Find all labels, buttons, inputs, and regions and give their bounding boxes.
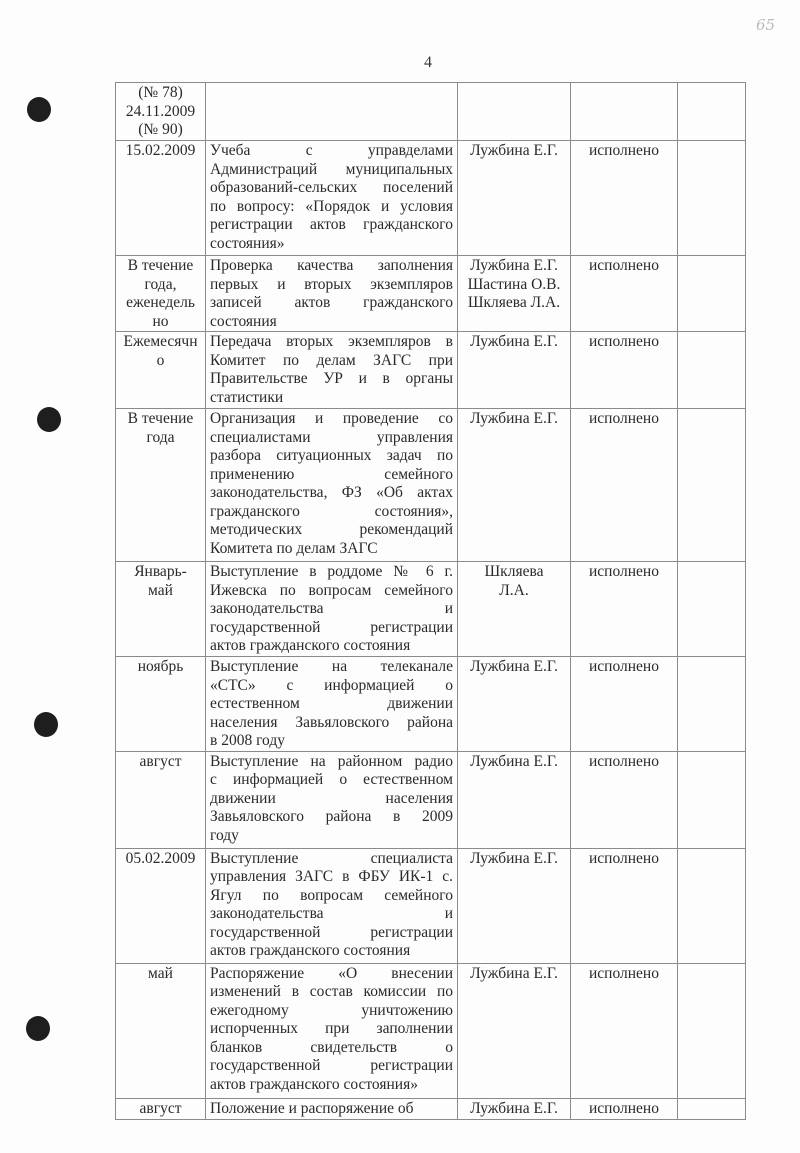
description-cell-line: состояния»	[210, 235, 453, 254]
activity-table: (№ 78)24.11.2009(№ 90)15.02.2009Учеба с …	[115, 82, 746, 1120]
responsible-cell: Лужбина Е.Г.	[458, 963, 571, 1098]
status-cell: исполнено	[571, 562, 678, 657]
description-cell-line: Выступление специалиста	[210, 850, 453, 869]
date-cell: 15.02.2009	[116, 141, 206, 256]
status-cell-line: исполнено	[575, 850, 673, 869]
table-row: В течениегодаОрганизация и проведение со…	[116, 409, 746, 562]
status-cell-line: исполнено	[575, 333, 673, 352]
responsible-cell: ШкляеваЛ.А.	[458, 562, 571, 657]
description-cell: Распоряжение «О внесенииизменений в сост…	[206, 963, 458, 1098]
responsible-cell-line: Шкляева	[462, 563, 566, 582]
table-row: ноябрьВыступление на телеканале«СТС» с и…	[116, 657, 746, 752]
description-cell-line: государственной регистрации	[210, 924, 453, 943]
date-cell: В течениегода	[116, 409, 206, 562]
description-cell-line: записей актов гражданского	[210, 294, 453, 313]
description-cell-line: Комитета по делам ЗАГС	[210, 540, 453, 559]
punch-hole-icon	[34, 712, 58, 737]
punch-hole-icon	[27, 97, 51, 122]
description-cell-line: применению семейного	[210, 466, 453, 485]
table-row: В течениегода,еженедельноПроверка качест…	[116, 256, 746, 332]
description-cell-line: бланков свидетельств о	[210, 1039, 453, 1058]
date-cell: август	[116, 751, 206, 848]
description-cell-line: актов гражданского состояния»	[210, 1076, 453, 1095]
status-cell-line: исполнено	[575, 410, 673, 429]
responsible-cell-line: Лужбина Е.Г.	[462, 1100, 566, 1119]
description-cell	[206, 83, 458, 141]
description-cell-line: естественном движении	[210, 695, 453, 714]
responsible-cell: Лужбина Е.Г.	[458, 1098, 571, 1119]
responsible-cell-line: Л.А.	[462, 582, 566, 601]
date-cell-line: август	[120, 753, 201, 772]
date-cell-line: май	[120, 965, 201, 984]
status-cell: исполнено	[571, 963, 678, 1098]
status-cell: исполнено	[571, 141, 678, 256]
description-cell-line: актов гражданского состояния	[210, 942, 453, 961]
date-cell-line: 24.11.2009	[120, 103, 201, 122]
responsible-cell-line: Лужбина Е.Г.	[462, 965, 566, 984]
date-cell-line: 05.02.2009	[120, 850, 201, 869]
responsible-cell-line: Лужбина Е.Г.	[462, 257, 566, 276]
date-cell: Январь-май	[116, 562, 206, 657]
responsible-cell: Лужбина Е.Г.	[458, 141, 571, 256]
status-cell-line: исполнено	[575, 965, 673, 984]
description-cell-line: движении населения	[210, 790, 453, 809]
responsible-cell: Лужбина Е.Г.	[458, 409, 571, 562]
description-cell-line: методических рекомендаций	[210, 521, 453, 540]
description-cell-line: законодательства, ФЗ «Об актах	[210, 484, 453, 503]
description-cell: Проверка качества заполненияпервых и вто…	[206, 256, 458, 332]
date-cell: ноябрь	[116, 657, 206, 752]
description-cell-line: гражданского состояния»,	[210, 503, 453, 522]
description-cell-line: государственной регистрации	[210, 619, 453, 638]
description-cell-line: Правительстве УР и в органы	[210, 370, 453, 389]
table-row: майРаспоряжение «О внесенииизменений в с…	[116, 963, 746, 1098]
description-cell-line: Завьяловского района в 2009	[210, 808, 453, 827]
description-cell-line: управления ЗАГС в ФБУ ИК-1 с.	[210, 868, 453, 887]
date-cell-line: года	[120, 429, 201, 448]
responsible-cell-line: Лужбина Е.Г.	[462, 850, 566, 869]
responsible-cell-line: Лужбина Е.Г.	[462, 410, 566, 429]
date-cell: (№ 78)24.11.2009(№ 90)	[116, 83, 206, 141]
table-row: (№ 78)24.11.2009(№ 90)	[116, 83, 746, 141]
description-cell-line: году	[210, 827, 453, 846]
activity-table-body: (№ 78)24.11.2009(№ 90)15.02.2009Учеба с …	[116, 83, 746, 1120]
punch-hole-icon	[26, 1016, 50, 1041]
description-cell-line: законодательства и	[210, 905, 453, 924]
date-cell-line: (№ 90)	[120, 121, 201, 140]
description-cell-line: Выступление на районном радио	[210, 753, 453, 772]
description-cell-line: Комитет по делам ЗАГС при	[210, 352, 453, 371]
punch-hole-icon	[37, 407, 61, 432]
description-cell: Организация и проведение соспециалистами…	[206, 409, 458, 562]
description-cell-line: разбора ситуационных задач по	[210, 447, 453, 466]
description-cell-line: испорченных при заполнении	[210, 1020, 453, 1039]
table-row: 05.02.2009Выступление специалистауправле…	[116, 848, 746, 963]
description-cell-line: регистрации актов гражданского	[210, 216, 453, 235]
note-cell	[678, 562, 746, 657]
responsible-cell-line: Лужбина Е.Г.	[462, 753, 566, 772]
description-cell: Выступление на районном радиос информаци…	[206, 751, 458, 848]
note-cell	[678, 83, 746, 141]
description-cell-line: с информацией о естественном	[210, 771, 453, 790]
archive-page-number: 65	[756, 16, 775, 34]
description-cell-line: государственной регистрации	[210, 1057, 453, 1076]
status-cell-line: исполнено	[575, 257, 673, 276]
note-cell	[678, 141, 746, 256]
description-cell-line: законодательства и	[210, 600, 453, 619]
description-cell-line: в 2008 году	[210, 732, 453, 751]
description-cell-line: Передача вторых экземпляров в	[210, 333, 453, 352]
responsible-cell: Лужбина Е.Г.	[458, 332, 571, 409]
date-cell: август	[116, 1098, 206, 1119]
status-cell: исполнено	[571, 848, 678, 963]
page-number: 4	[28, 54, 800, 72]
description-cell: Выступление на телеканале«СТС» с информа…	[206, 657, 458, 752]
date-cell-line: В течение	[120, 257, 201, 276]
status-cell-line: исполнено	[575, 1100, 673, 1119]
description-cell-line: специалистами управления	[210, 429, 453, 448]
date-cell: 05.02.2009	[116, 848, 206, 963]
status-cell-line: исполнено	[575, 563, 673, 582]
responsible-cell: Лужбина Е.Г.	[458, 848, 571, 963]
responsible-cell-line: Лужбина Е.Г.	[462, 658, 566, 677]
responsible-cell	[458, 83, 571, 141]
description-cell-line: Ягул по вопросам семейного	[210, 887, 453, 906]
description-cell-line: Выступление на телеканале	[210, 658, 453, 677]
date-cell: Ежемесячно	[116, 332, 206, 409]
description-cell-line: Организация и проведение со	[210, 410, 453, 429]
description-cell-line: Распоряжение «О внесении	[210, 965, 453, 984]
status-cell: исполнено	[571, 332, 678, 409]
responsible-cell-line: Шкляева Л.А.	[462, 294, 566, 313]
description-cell-line: населения Завьяловского района	[210, 714, 453, 733]
responsible-cell-line: Лужбина Е.Г.	[462, 333, 566, 352]
date-cell: май	[116, 963, 206, 1098]
date-cell-line: о	[120, 352, 201, 371]
note-cell	[678, 256, 746, 332]
status-cell-line: исполнено	[575, 753, 673, 772]
description-cell-line: Выступление в роддоме № 6 г.	[210, 563, 453, 582]
date-cell-line: Ежемесячн	[120, 333, 201, 352]
description-cell-line: «СТС» с информацией о	[210, 677, 453, 696]
responsible-cell: Лужбина Е.Г.	[458, 751, 571, 848]
note-cell	[678, 332, 746, 409]
note-cell	[678, 848, 746, 963]
description-cell: Передача вторых экземпляров вКомитет по …	[206, 332, 458, 409]
description-cell: Положение и распоряжение об	[206, 1098, 458, 1119]
table-row: августВыступление на районном радиос инф…	[116, 751, 746, 848]
description-cell-line: Положение и распоряжение об	[210, 1100, 453, 1119]
description-cell-line: Учеба с управделами	[210, 142, 453, 161]
description-cell-line: Администраций муниципальных	[210, 161, 453, 180]
description-cell-line: по вопросу: «Порядок и условия	[210, 198, 453, 217]
table-row: ЕжемесячноПередача вторых экземпляров вК…	[116, 332, 746, 409]
responsible-cell: Лужбина Е.Г.Шастина О.В.Шкляева Л.А.	[458, 256, 571, 332]
status-cell-line: исполнено	[575, 658, 673, 677]
status-cell-line: исполнено	[575, 142, 673, 161]
description-cell-line: изменений в состав комиссии по	[210, 983, 453, 1002]
date-cell-line: май	[120, 582, 201, 601]
status-cell: исполнено	[571, 751, 678, 848]
date-cell-line: ноябрь	[120, 658, 201, 677]
description-cell-line: состояния	[210, 313, 453, 332]
description-cell-line: ежегодному уничтожению	[210, 1002, 453, 1021]
date-cell: В течениегода,еженедельно	[116, 256, 206, 332]
status-cell	[571, 83, 678, 141]
description-cell-line: первых и вторых экземпляров	[210, 276, 453, 295]
status-cell: исполнено	[571, 409, 678, 562]
note-cell	[678, 657, 746, 752]
note-cell	[678, 751, 746, 848]
note-cell	[678, 1098, 746, 1119]
table-row: Январь-майВыступление в роддоме № 6 г.Иж…	[116, 562, 746, 657]
description-cell-line: актов гражданского состояния	[210, 637, 453, 656]
responsible-cell-line: Шастина О.В.	[462, 276, 566, 295]
date-cell-line: еженедель	[120, 294, 201, 313]
description-cell: Выступление специалистауправления ЗАГС в…	[206, 848, 458, 963]
note-cell	[678, 409, 746, 562]
date-cell-line: года,	[120, 276, 201, 295]
description-cell-line: Ижевска по вопросам семейного	[210, 582, 453, 601]
date-cell-line: В течение	[120, 410, 201, 429]
date-cell-line: (№ 78)	[120, 84, 201, 103]
status-cell: исполнено	[571, 256, 678, 332]
table-row: 15.02.2009Учеба с управделамиАдминистрац…	[116, 141, 746, 256]
responsible-cell: Лужбина Е.Г.	[458, 657, 571, 752]
description-cell: Выступление в роддоме № 6 г.Ижевска по в…	[206, 562, 458, 657]
description-cell-line: статистики	[210, 389, 453, 408]
description-cell: Учеба с управделамиАдминистраций муницип…	[206, 141, 458, 256]
date-cell-line: 15.02.2009	[120, 142, 201, 161]
table-row: августПоложение и распоряжение обЛужбина…	[116, 1098, 746, 1119]
date-cell-line: Январь-	[120, 563, 201, 582]
status-cell: исполнено	[571, 1098, 678, 1119]
description-cell-line: Проверка качества заполнения	[210, 257, 453, 276]
status-cell: исполнено	[571, 657, 678, 752]
note-cell	[678, 963, 746, 1098]
description-cell-line: образований-сельских поселений	[210, 179, 453, 198]
date-cell-line: август	[120, 1100, 201, 1119]
date-cell-line: но	[120, 313, 201, 332]
responsible-cell-line: Лужбина Е.Г.	[462, 142, 566, 161]
